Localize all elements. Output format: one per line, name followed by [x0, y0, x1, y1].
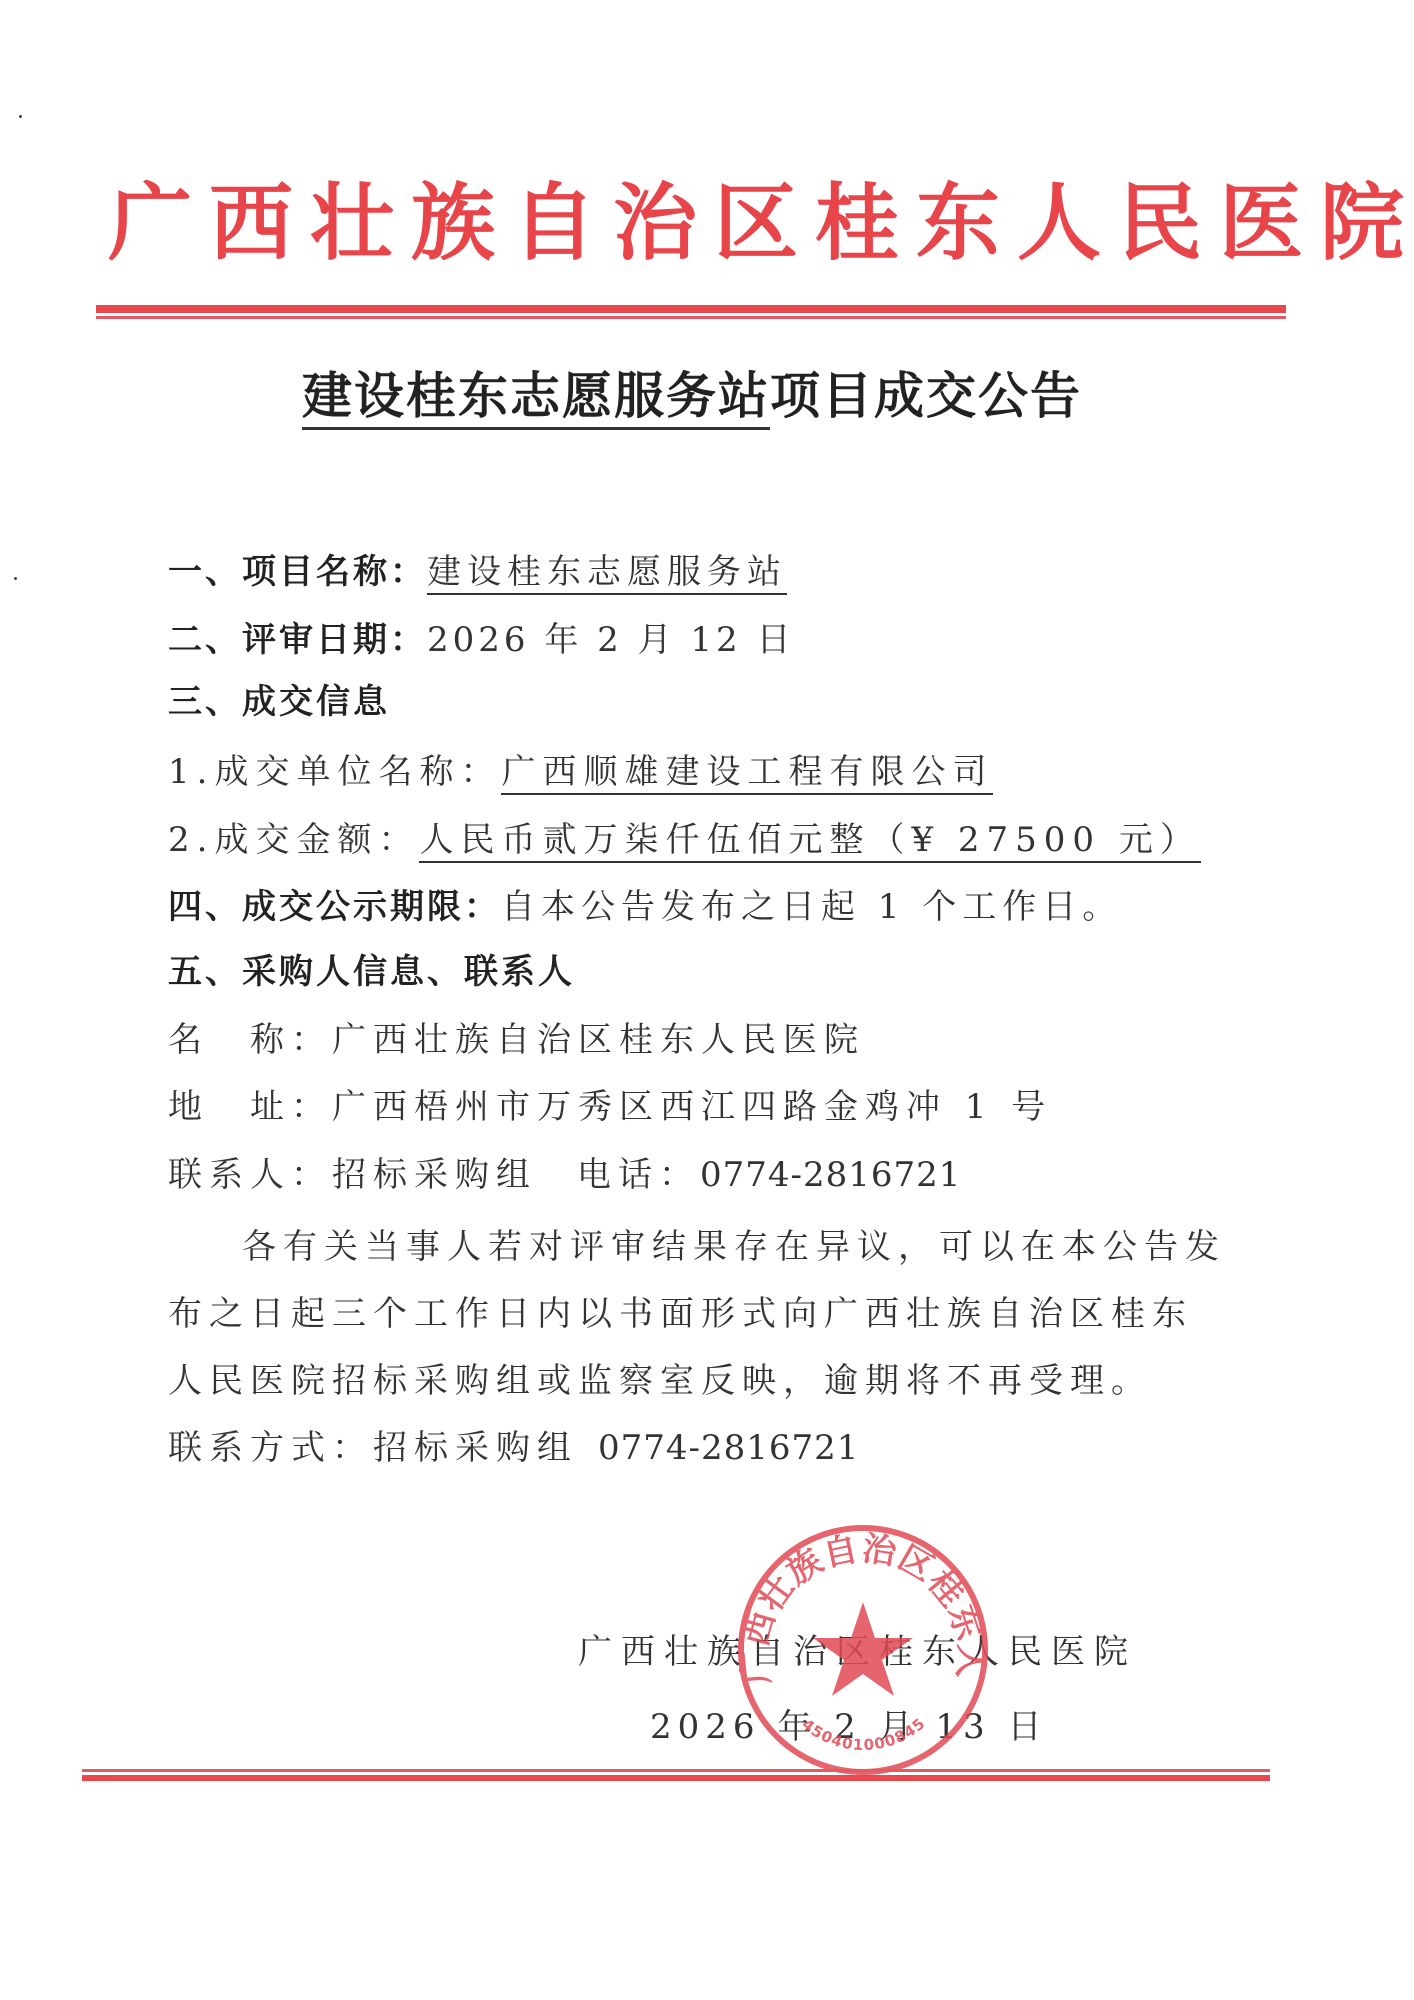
purchaser-address-value: 广西梧州市万秀区西江四路金鸡冲 1 号	[332, 1087, 1052, 1127]
contact-method-row: 联系方式：招标采购组0774-2816721	[168, 1425, 859, 1471]
winner-value: 广西顺雄建设工程有限公司	[501, 752, 993, 795]
document-title-underlined: 建设桂东志愿服务站	[302, 366, 770, 430]
project-name-value: 建设桂东志愿服务站	[427, 552, 787, 595]
scan-speck	[19, 115, 22, 118]
review-date-value: 2026 年 2 月 12 日	[427, 620, 794, 660]
purchaser-heading: 五、采购人信息、联系人	[168, 949, 575, 995]
purchaser-contact-value: 招标采购组	[332, 1155, 537, 1195]
publicity-period-label: 四、成交公示期限：	[168, 887, 501, 927]
publicity-period-value: 自本公告发布之日起 1 个工作日。	[501, 887, 1122, 927]
amount-row: 2.成交金额：人民币贰万柒仟伍佰元整（¥ 27500 元）	[168, 817, 1201, 863]
contact-method-label: 联系方式：	[168, 1428, 373, 1468]
deal-info-heading: 三、成交信息	[168, 679, 390, 725]
contact-method-phone: 0774-2816721	[598, 1428, 859, 1468]
signature-organization: 广西壮族自治区桂东人民医院	[578, 1629, 1137, 1675]
purchaser-address-label: 地 址：	[168, 1087, 332, 1127]
letterhead-rule-thin	[96, 316, 1286, 319]
purchaser-phone-value: 0774-2816721	[700, 1155, 961, 1195]
winner-label: 1.成交单位名称：	[168, 752, 501, 792]
footer-rule-thick	[82, 1775, 1270, 1781]
winner-row: 1.成交单位名称：广西顺雄建设工程有限公司	[168, 749, 993, 795]
scan-speck	[14, 577, 17, 580]
purchaser-phone-label: 电话：	[577, 1155, 700, 1195]
purchaser-name-row: 名 称：广西壮族自治区桂东人民医院	[168, 1017, 865, 1063]
document-title-rest: 项目成交公告	[770, 366, 1082, 425]
objection-notice-paragraph: 各有关当事人若对评审结果存在异议，可以在本公告发布之日起三个工作日内以书面形式向…	[168, 1214, 1228, 1415]
project-name-label: 一、项目名称：	[168, 552, 427, 592]
footer-rule-thin	[82, 1769, 1270, 1772]
publicity-period-row: 四、成交公示期限：自本公告发布之日起 1 个工作日。	[168, 884, 1122, 930]
signature-date: 2026 年 2 月 13 日	[650, 1704, 1047, 1750]
purchaser-address-row: 地 址：广西梧州市万秀区西江四路金鸡冲 1 号	[168, 1084, 1052, 1130]
project-name-row: 一、项目名称：建设桂东志愿服务站	[168, 549, 787, 595]
contact-method-value: 招标采购组	[373, 1428, 578, 1468]
document-title: 建设桂东志愿服务站项目成交公告	[302, 364, 1082, 428]
purchaser-name-label: 名 称：	[168, 1020, 332, 1060]
amount-value: 人民币贰万柒仟伍佰元整（¥ 27500 元）	[419, 820, 1200, 863]
purchaser-name-value: 广西壮族自治区桂东人民医院	[332, 1020, 865, 1060]
review-date-label: 二、评审日期：	[168, 620, 427, 660]
letterhead-rule-thick	[96, 305, 1286, 313]
review-date-row: 二、评审日期：2026 年 2 月 12 日	[168, 617, 794, 663]
purchaser-contact-row: 联系人：招标采购组电话：0774-2816721	[168, 1152, 961, 1198]
amount-label: 2.成交金额：	[168, 820, 419, 860]
letterhead-organization: 广西壮族自治区桂东人民医院	[108, 168, 1288, 278]
purchaser-contact-label: 联系人：	[168, 1155, 332, 1195]
